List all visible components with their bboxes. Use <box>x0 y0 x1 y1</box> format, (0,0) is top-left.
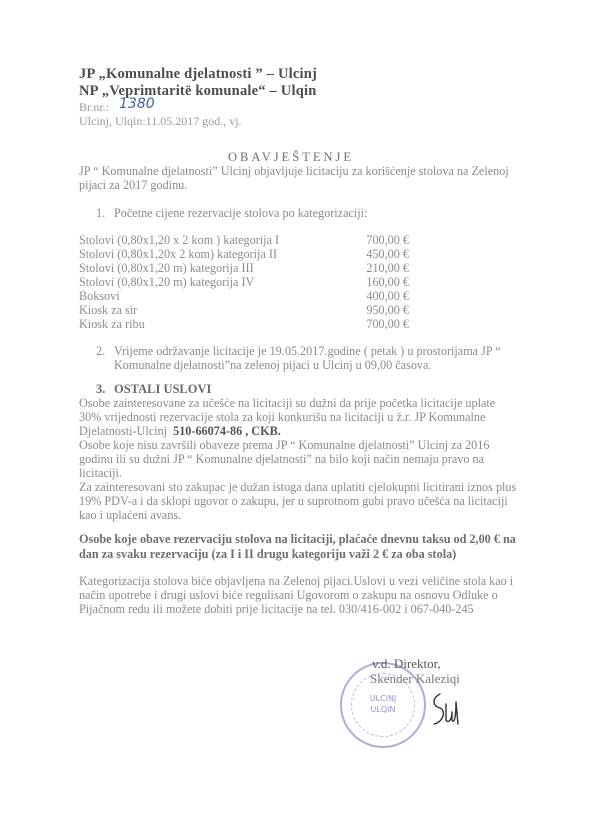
section-3-heading: OSTALI USLOVI <box>114 382 211 397</box>
stamp-center-line-2: ULQIN <box>342 705 424 714</box>
conditions-para-1-line-1: Osobe zainteresovane za učešće na licita… <box>79 396 495 411</box>
account-prefix: Djelatnosti-Ulcinj <box>79 424 167 438</box>
price-item-value: 700,00 € <box>366 233 409 248</box>
reference-number-handwritten: 1380 <box>119 96 155 112</box>
price-row: Stolovi (0,80x1,20 m) kategorija III210,… <box>79 261 409 275</box>
intro-line-2: pijaci za 2017 godinu. <box>79 178 187 193</box>
price-item-value: 160,00 € <box>366 275 409 290</box>
handwritten-signature-icon <box>428 690 468 730</box>
conditions-para-3-line-2: 19% PDV-a i da sklopi ugovor o zakupu, j… <box>79 494 508 509</box>
section-1-number: 1. <box>96 206 105 221</box>
price-row: Stolovi (0,80x1,20 m) kategorija IV160,0… <box>79 275 409 289</box>
price-item-value: 700,00 € <box>366 317 409 332</box>
closing-line-1: Kategorizacija stolova biće objavljena n… <box>79 574 513 589</box>
section-1-heading: Početne cijene rezervacije stolova po ka… <box>114 206 367 221</box>
price-item-value: 400,00 € <box>366 289 409 304</box>
org-name-albanian: NP „Veprimtaritë komunale“ – Ulqin <box>79 83 316 100</box>
price-item-value: 950,00 € <box>366 303 409 318</box>
conditions-para-1-line-2: 30% vrijednosti rezervacije stola za koj… <box>79 410 485 425</box>
stamp-center-line-1: ULCINJ <box>342 694 424 703</box>
price-row: Kiosk za sir950,00 € <box>79 303 409 317</box>
intro-line-1: JP “ Komunalne djelatnosti” Ulcinj objav… <box>79 164 509 179</box>
signatory-name: Skender Kaleziqi <box>370 671 460 687</box>
conditions-para-3-line-1: Za zainteresovani sto zakupac je dužan i… <box>79 480 516 495</box>
daily-fee-line-1: Osobe koje obave rezervaciju stolova na … <box>79 532 516 547</box>
price-item-value: 210,00 € <box>366 261 409 276</box>
price-item-label: Boksovi <box>79 289 120 304</box>
section-2-number: 2. <box>96 344 105 359</box>
section-2-line-2: Komunalne djelatnosti”na zelenoj pijaci … <box>114 358 431 373</box>
price-item-label: Kiosk za ribu <box>79 317 145 332</box>
price-item-label: Kiosk za sir <box>79 303 137 318</box>
conditions-para-3-line-3: kao i uplaćeni avans. <box>79 508 181 523</box>
closing-line-3: Pijačnom redu ili možete dobiti prije li… <box>79 602 474 617</box>
org-name-montenegrin: JP „Komunalne djelatnosti ” – Ulcinj <box>79 66 317 83</box>
conditions-para-2-line-2: godinu ili su dužni JP “ Komunalne djela… <box>79 452 484 467</box>
section-3-number: 3. <box>96 382 105 397</box>
conditions-para-1-line-3: Djelatnosti-Ulcinj 510-66074-86 , CKB. <box>79 424 281 439</box>
section-2-line-1: Vrijeme održavanje licitacije je 19.05.2… <box>114 344 501 359</box>
closing-line-2: način upotrebe i drugi uslovi biće regul… <box>79 588 498 603</box>
price-row: Kiosk za ribu700,00 € <box>79 317 409 331</box>
price-row: Stolovi (0,80x1,20x 2 kom) kategorija II… <box>79 247 409 261</box>
document-title: OBAVJEŠTENJE <box>228 150 354 165</box>
place-and-date: Ulcinj, Ulqin:11.05.2017 god., vj. <box>79 114 242 129</box>
reference-label: Br.nr.: <box>79 100 109 115</box>
bank-account-number: 510-66074-86 , CKB. <box>173 424 281 438</box>
price-row: Boksovi400,00 € <box>79 289 409 303</box>
document-page: JP „Komunalne djelatnosti ” – Ulcinj NP … <box>0 0 600 825</box>
price-item-label: Stolovi (0,80x1,20 m) kategorija IV <box>79 275 254 290</box>
price-item-value: 450,00 € <box>366 247 409 262</box>
daily-fee-line-2: dan za svaku rezervaciju (za I i II drug… <box>79 547 456 562</box>
price-item-label: Stolovi (0,80x1,20 x 2 kom ) kategorija … <box>79 233 279 248</box>
signatory-title: v.d. Direktor, <box>372 656 441 672</box>
price-item-label: Stolovi (0,80x1,20 m) kategorija III <box>79 261 254 276</box>
conditions-para-2-line-1: Osobe koje nisu završili obaveze prema J… <box>79 438 489 453</box>
price-row: Stolovi (0,80x1,20 x 2 kom ) kategorija … <box>79 233 409 247</box>
conditions-para-2-line-3: licitaciji. <box>79 466 122 481</box>
price-item-label: Stolovi (0,80x1,20x 2 kom) kategorija II <box>79 247 277 262</box>
